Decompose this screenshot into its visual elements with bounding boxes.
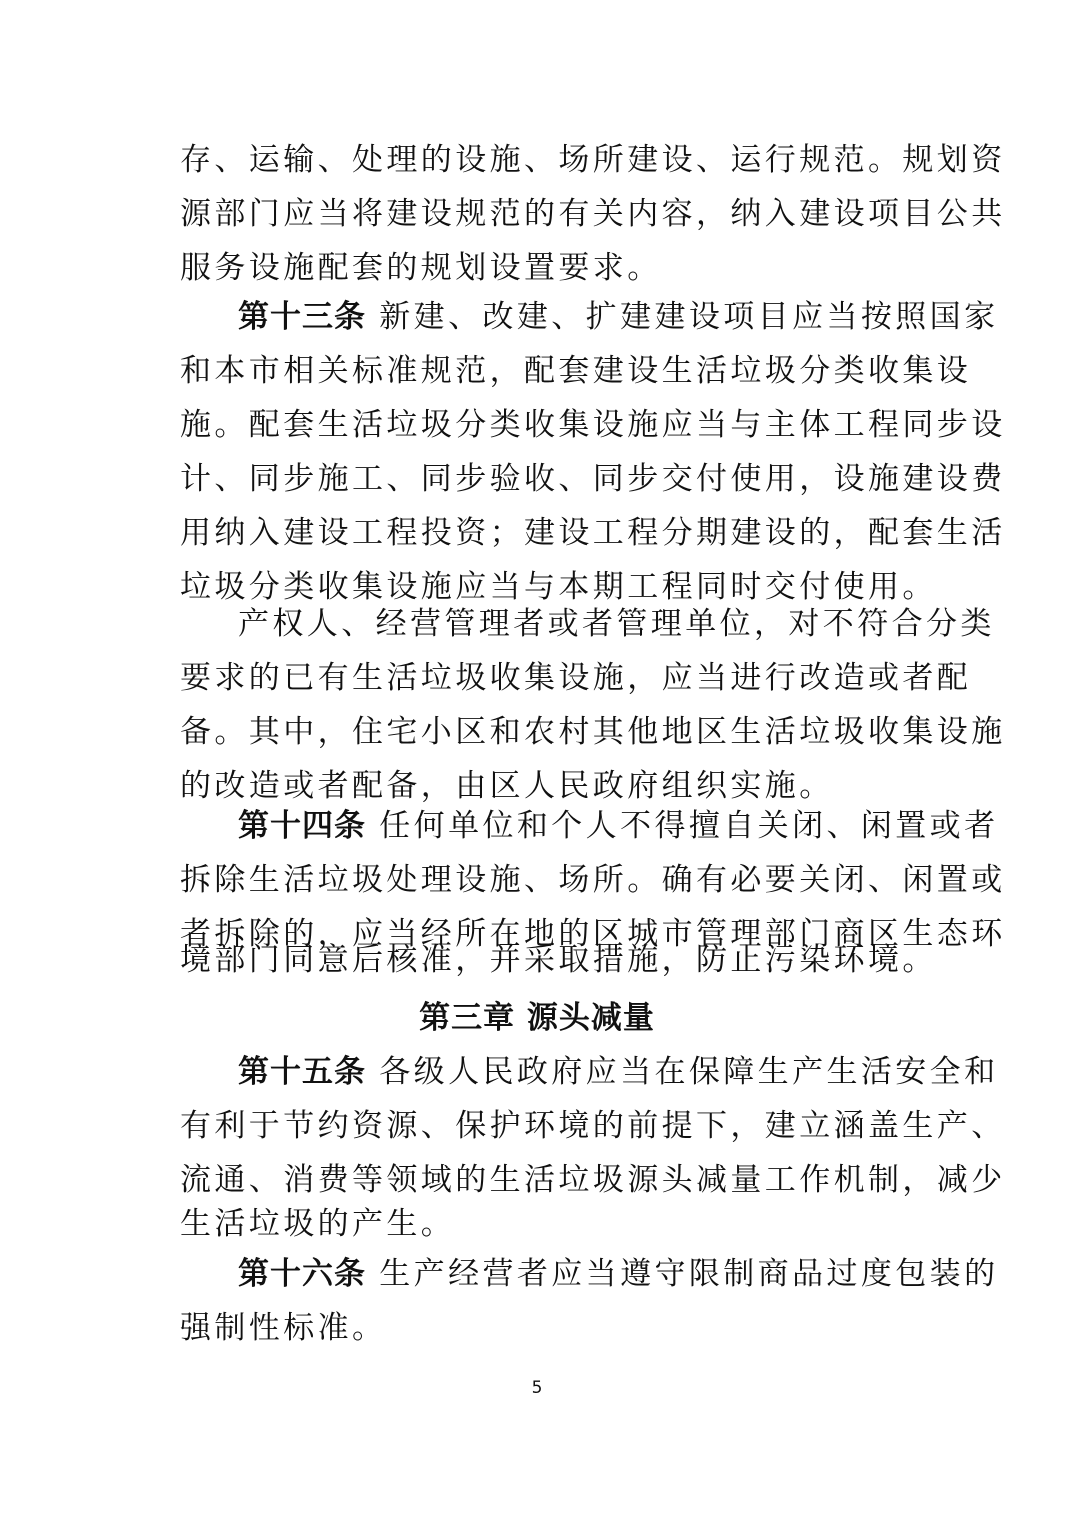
text-line: 强制性标准。 <box>180 1308 900 1348</box>
text-line: 备。其中，住宅小区和农村其他地区生活垃圾收集设施 <box>180 712 900 752</box>
text-line: 的改造或者配备，由区人民政府组织实施。 <box>180 766 900 806</box>
document-page: 存、运输、处理的设施、场所建设、运行规范。规划资 源部门应当将建设规范的有关内容… <box>0 0 1074 1520</box>
article-13-title: 第十三条 <box>238 299 366 335</box>
chapter-heading: 第三章 源头减量 <box>0 998 1074 1038</box>
text-line: 有利于节约资源、保护环境的前提下，建立涵盖生产、 <box>180 1106 900 1146</box>
article-14-title: 第十四条 <box>238 808 366 844</box>
text-line: 存、运输、处理的设施、场所建设、运行规范。规划资 <box>180 140 900 180</box>
article-15-text: 各级人民政府应当在保障生产生活安全和 <box>379 1054 998 1090</box>
text-line: 垃圾分类收集设施应当与本期工程同时交付使用。 <box>180 567 900 607</box>
article-16-text: 生产经营者应当遵守限制商品过度包装的 <box>379 1256 998 1292</box>
article-14-first-line: 第十四条 任何单位和个人不得擅自关闭、闲置或者 <box>238 806 958 846</box>
text-line: 计、同步施工、同步验收、同步交付使用，设施建设费 <box>180 459 900 499</box>
text-line: 生活垃圾的产生。 <box>180 1204 900 1244</box>
article-16-title: 第十六条 <box>238 1256 366 1292</box>
article-15-title: 第十五条 <box>238 1054 366 1090</box>
article-13-first-line: 第十三条 新建、改建、扩建建设项目应当按照国家 <box>238 297 958 337</box>
text-line: 拆除生活垃圾处理设施、场所。确有必要关闭、闲置或 <box>180 860 900 900</box>
text-line: 境部门同意后核准，并采取措施，防止污染环境。 <box>180 940 900 980</box>
text-line: 要求的已有生活垃圾收集设施，应当进行改造或者配 <box>180 658 900 698</box>
text-line: 和本市相关标准规范，配套建设生活垃圾分类收集设 <box>180 351 900 391</box>
article-14-text: 任何单位和个人不得擅自关闭、闲置或者 <box>379 808 998 844</box>
text-line: 源部门应当将建设规范的有关内容，纳入建设项目公共 <box>180 194 900 234</box>
article-13-text: 新建、改建、扩建建设项目应当按照国家 <box>379 299 998 335</box>
text-line: 服务设施配套的规划设置要求。 <box>180 248 900 288</box>
article-15-first-line: 第十五条 各级人民政府应当在保障生产生活安全和 <box>238 1052 958 1092</box>
article-16-first-line: 第十六条 生产经营者应当遵守限制商品过度包装的 <box>238 1254 958 1294</box>
page-number: 5 <box>0 1378 1074 1398</box>
text-line: 用纳入建设工程投资；建设工程分期建设的，配套生活 <box>180 513 900 553</box>
text-line: 施。配套生活垃圾分类收集设施应当与主体工程同步设 <box>180 405 900 445</box>
text-line: 流通、消费等领域的生活垃圾源头减量工作机制，减少 <box>180 1160 900 1200</box>
article-13-para2-first-line: 产权人、经营管理者或者管理单位，对不符合分类 <box>238 604 958 644</box>
